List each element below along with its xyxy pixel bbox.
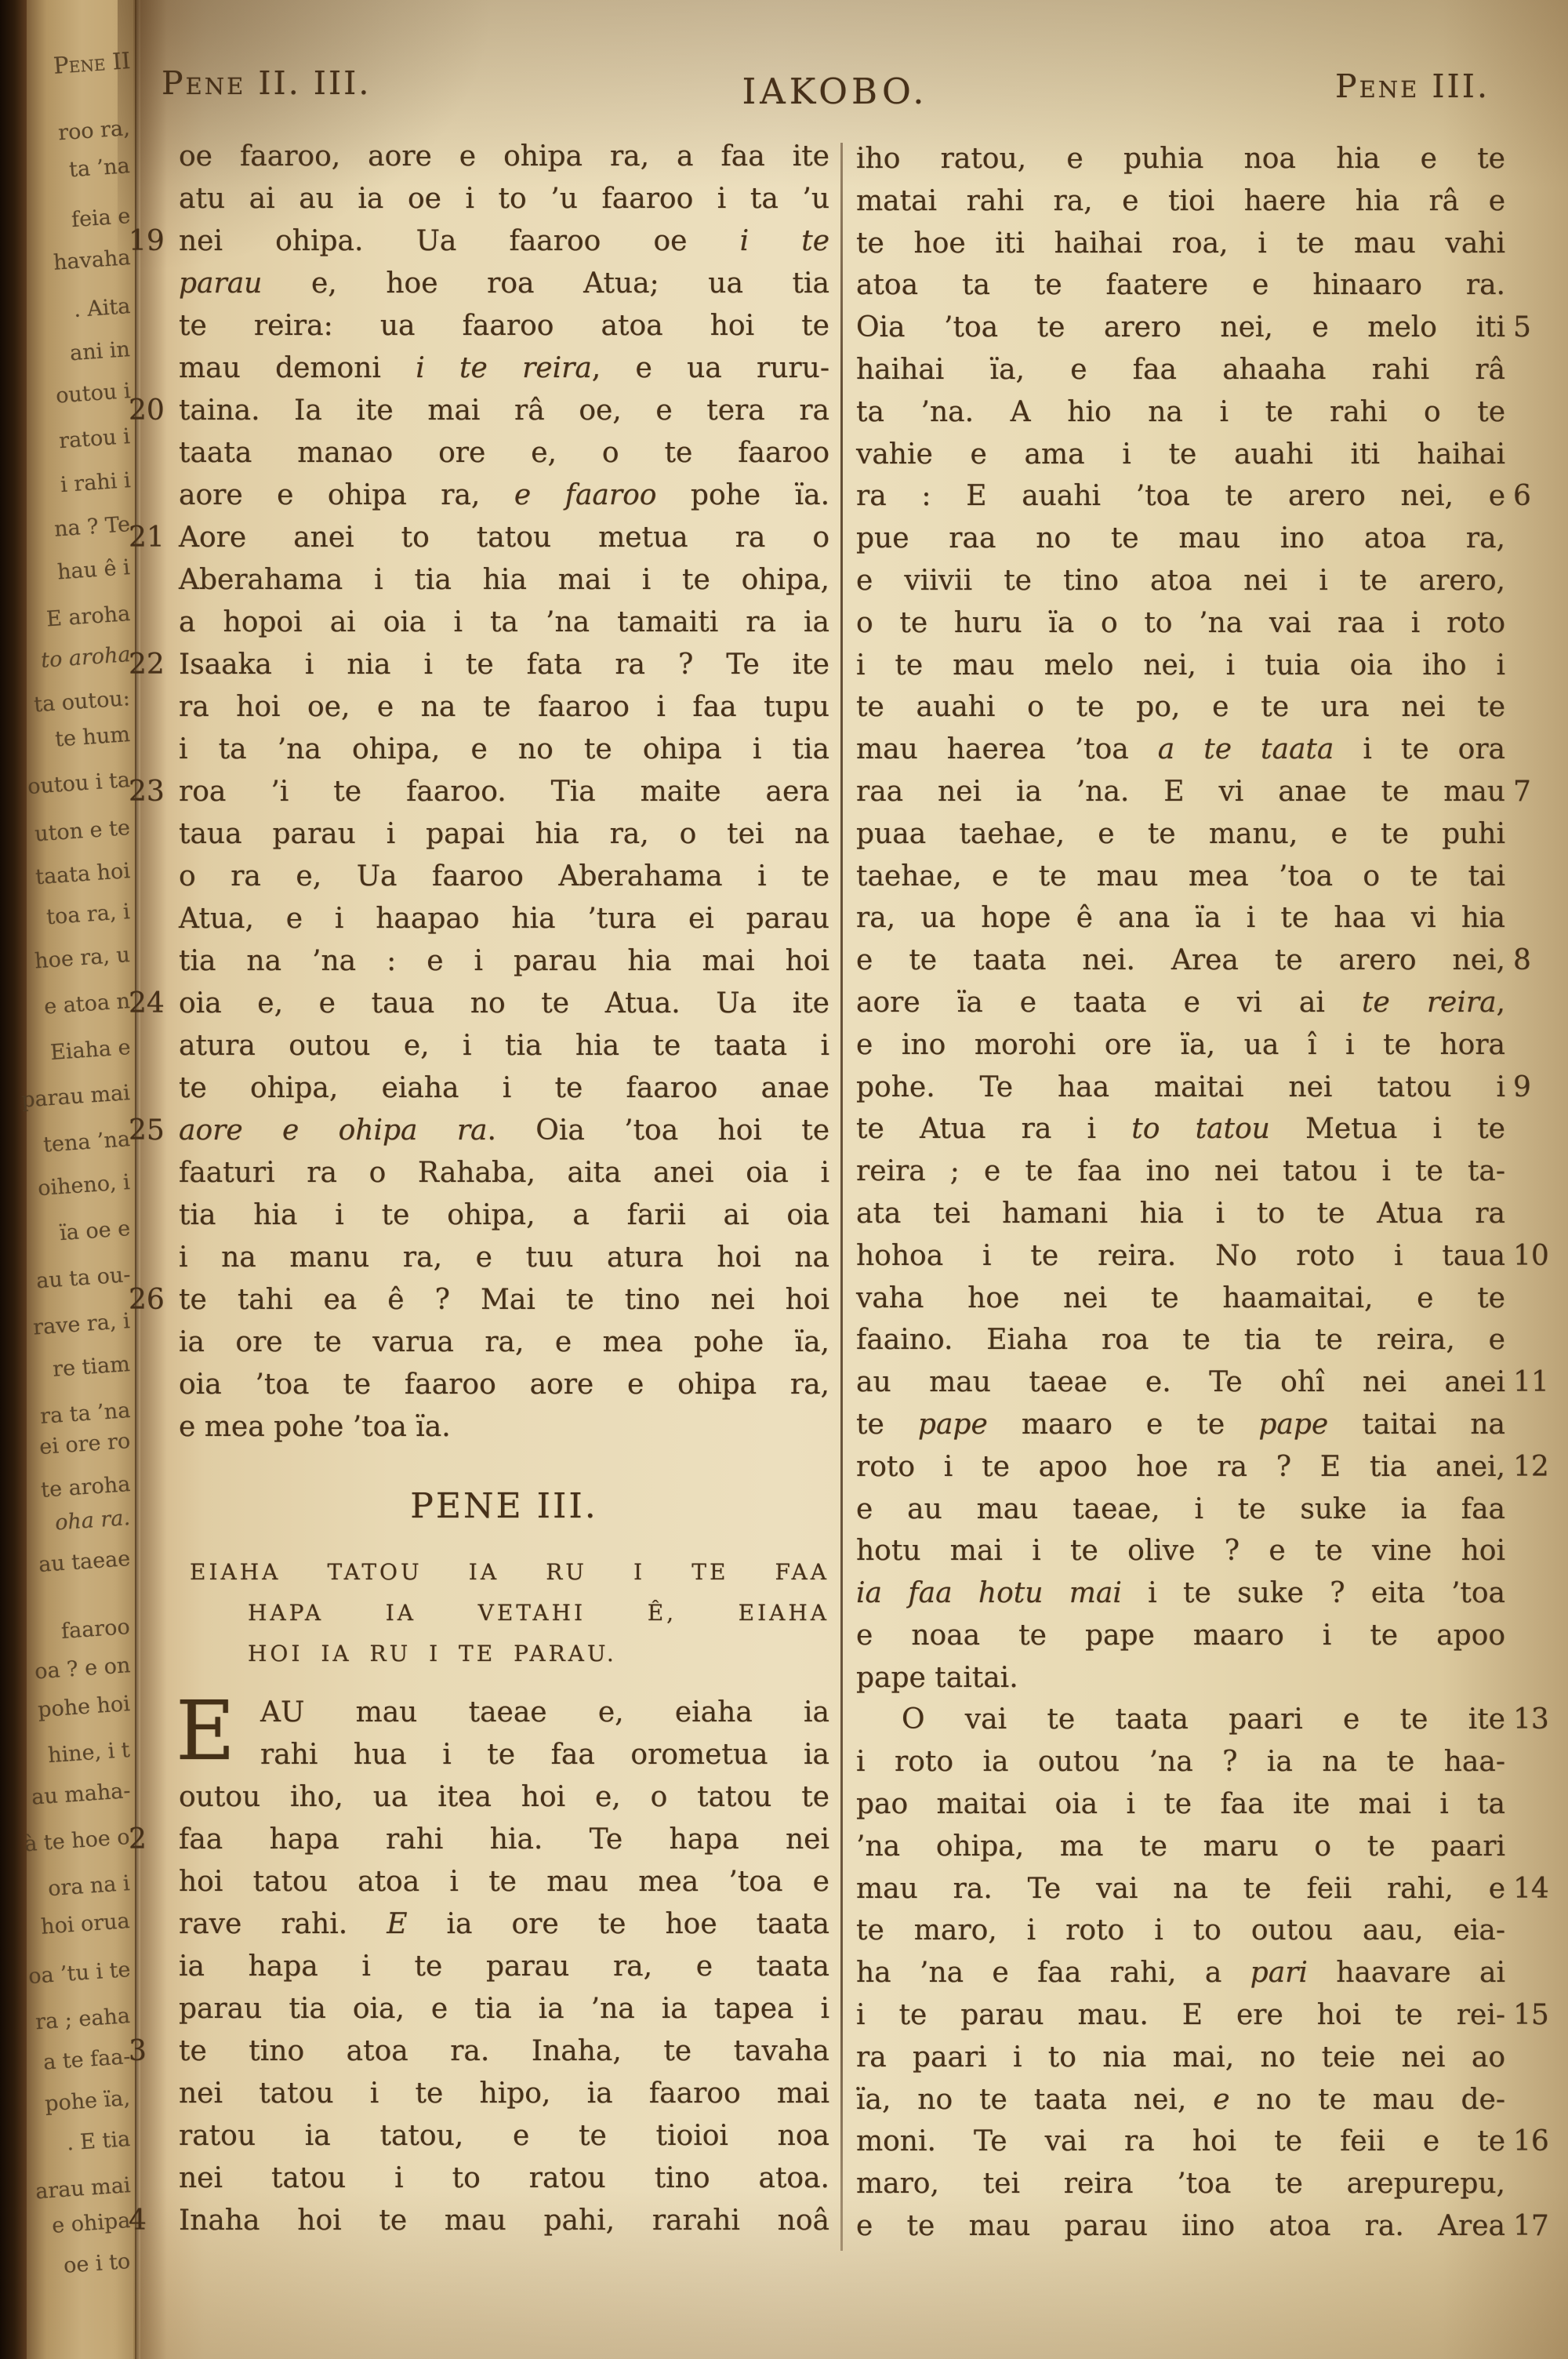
text-line: a hopoi ai oia i ta ’na tamaiti ra ia	[179, 602, 829, 644]
book-photo: Pene IIroo ra,ta ’nafeia ehavaha. Aitaan…	[0, 0, 1568, 2359]
text-line: faaino. Eiaha roa te tia te reira, e	[856, 1319, 1505, 1361]
verse-number: 19	[129, 220, 172, 263]
text-line: ïa, no te taata nei, e no te mau de-	[856, 2079, 1505, 2121]
text-line: ia ore te varua ra, e mea pohe ïa,	[179, 1321, 829, 1364]
text-line: 23roa ’i te faaroo. Tia maite aera	[179, 771, 829, 813]
spine-text-fragment: oa ’tu i te	[27, 1957, 131, 1989]
text-line: rahi hua i te faa orometua ia	[179, 1734, 829, 1776]
spine-text-fragment: à te hoe o	[24, 1825, 131, 1856]
text-line: e viivii te tino atoa nei i te arero,	[856, 560, 1505, 602]
text-line: 5Oia ’toa te arero nei, e melo iti	[856, 307, 1505, 349]
text-line: nei tatou i to ratou tino atoa.	[179, 2157, 829, 2200]
verse-number: 20	[129, 390, 172, 432]
text-line: maro, tei reira ’toa te arepurepu,	[856, 2163, 1505, 2205]
chapter-summary-line: HOI IA RU I TE PARAU.	[179, 1634, 829, 1674]
verse-number: 5	[1513, 307, 1568, 349]
verse-number: 8	[1513, 940, 1568, 982]
spine-text-fragment: hau ê i	[56, 555, 131, 584]
text-line: 21Aore anei to tatou metua ra o	[179, 517, 829, 559]
text-line: 12roto i te apoo hoe ra ? E tia anei,	[856, 1446, 1505, 1488]
spine-text-fragment: ra ; eaha	[34, 2004, 131, 2034]
verse-number: 3	[129, 2030, 172, 2073]
text-line: i roto ia outou ’na ? ia na te haa-	[856, 1741, 1505, 1783]
text-line: e au mau taeae, i te suke ia faa	[856, 1488, 1505, 1531]
spine-text-fragment: faaroo	[61, 1615, 132, 1644]
text-line: tia hia i te ohipa, a farii ai oia	[179, 1194, 829, 1237]
text-line: 25aore e ohipa ra. Oia ’toa hoi te	[179, 1110, 829, 1152]
spine-text-fragment: Eiaha e	[49, 1035, 131, 1065]
text-line: puaa taehae, e te manu, e te puhi	[856, 813, 1505, 856]
text-line: ra paari i to nia mai, no teie nei ao	[856, 2037, 1505, 2079]
spine-text-fragment: ra ta ’na	[39, 1398, 131, 1429]
text-line: parau tia oia, e tia ia ’na ia tapea i	[179, 1988, 829, 2030]
text-line: 4Inaha hoi te mau pahi, rarahi noâ	[179, 2200, 829, 2242]
text-line: atoa ta te faatere e hinaaro ra.	[856, 264, 1505, 307]
text-line: o te huru ïa o to ’na vai raa i roto	[856, 602, 1505, 645]
spine-text-fragment: oe i to	[63, 2249, 131, 2278]
text-line: 7raa nei ia ’na. E vi anae te mau	[856, 771, 1505, 813]
verse-number: 6	[1513, 475, 1568, 518]
text-line: ha ’na e faa rahi, a pari haavare ai	[856, 1952, 1505, 1994]
text-line: oia ’toa te faaroo aore e ohipa ra,	[179, 1364, 829, 1406]
verse-number: 22	[129, 644, 172, 686]
text-line: hoi tatou atoa i te mau mea ’toa e	[179, 1861, 829, 1903]
text-line: o ra e, Ua faaroo Aberahama i te	[179, 856, 829, 898]
spine-text-fragment: au ta ou-	[35, 1263, 131, 1293]
text-line: 11au mau taeae e. Te ohî nei anei	[856, 1361, 1505, 1404]
text-line: ra hoi oe, e na te faaroo i faa tupu	[179, 686, 829, 729]
chapter-heading: PENE III.	[179, 1485, 829, 1528]
chapter-summary: EIAHA TATOU IA RU I TE FAAHAPA IA VETAHI…	[179, 1552, 829, 1674]
right-column-verses: iho ratou, e puhia noa hia e tematai rah…	[856, 138, 1505, 2248]
text-line: te hoe iti haihai roa, i te mau vahi	[856, 223, 1505, 265]
text-line: ta ’na. A hio na i te rahi o te	[856, 391, 1505, 434]
spine-text-fragment: taata hoi	[34, 859, 131, 889]
text-line: te ohipa, eiaha i te faaroo anae	[179, 1067, 829, 1110]
text-line: nei tatou i te hipo, ia faaroo mai	[179, 2073, 829, 2115]
text-line: pao maitai oia i te faa ite mai i ta	[856, 1783, 1505, 1826]
text-line: i te mau melo nei, i tuia oia iho i	[856, 645, 1505, 687]
text-line: 2faa hapa rahi hia. Te hapa nei	[179, 1819, 829, 1861]
spine-text-fragment: parau mai	[21, 1081, 132, 1113]
verse-number: 11	[1513, 1361, 1568, 1404]
spine-text-fragment: arau mai	[34, 2173, 131, 2204]
text-line: ’na ohipa, ma te maru o te paari	[856, 1826, 1505, 1868]
spine-text-fragment: outou i ta	[27, 768, 131, 799]
text-line: taehae, e te mau mea ’toa o te tai	[856, 856, 1505, 898]
text-line: Aberahama i tia hia mai i te ohipa,	[179, 559, 829, 602]
verse-number: 26	[129, 1279, 172, 1321]
spine-text-fragment: ta outou:	[33, 686, 131, 717]
verse-number: 12	[1513, 1446, 1568, 1488]
text-line: i na manu ra, e tuu atura hoi na	[179, 1237, 829, 1279]
text-line: rave rahi. E ia ore te hoe taata	[179, 1903, 829, 1946]
text-line: te reira: ua faaroo atoa hoi te	[179, 305, 829, 347]
verse-number: 21	[129, 517, 172, 559]
text-line: matai rahi ra, e tioi haere hia râ e	[856, 180, 1505, 223]
spine-text-fragment: tena ’na	[42, 1127, 131, 1158]
column-divider-rule	[840, 143, 843, 2251]
verse-number: 25	[129, 1110, 172, 1152]
spine-text-fragment: te aroha	[40, 1472, 131, 1503]
verse-number: 24	[129, 983, 172, 1025]
spine-text-fragment: E aroha	[45, 602, 131, 631]
chapter-summary-line: HAPA IA VETAHI Ê, EIAHA	[179, 1593, 829, 1634]
left-column-verses-b: EAU mau taeae e, eiaha iarahi hua i te f…	[179, 1692, 829, 2242]
verse-number: 2	[129, 1819, 172, 1861]
spine-text-fragment: hoi orua	[41, 1909, 131, 1939]
text-line: iho ratou, e puhia noa hia e te	[856, 138, 1505, 180]
text-line: vahie e ama i te auahi iti haihai	[856, 434, 1505, 476]
spine-text-fragment: au maha-	[31, 1779, 131, 1810]
text-line: outou iho, ua itea hoi e, o tatou te	[179, 1776, 829, 1819]
text-line: tia na ’na : e i parau hia mai hoi	[179, 940, 829, 983]
spine-text-fragment: te hum	[54, 722, 131, 752]
spine-text-fragment: au taeae	[38, 1547, 131, 1577]
text-line: vaha hoe nei te haamaitai, e te	[856, 1278, 1505, 1320]
text-line: e ino morohi ore ïa, ua î i te hora	[856, 1024, 1505, 1067]
text-line: 16moni. Te vai ra hoi te feii e te	[856, 2121, 1505, 2163]
book-gutter	[0, 0, 27, 2359]
text-line: e noaa te pape maaro i te apoo	[856, 1615, 1505, 1657]
text-line: i ta ’na ohipa, e no te ohipa i tia	[179, 729, 829, 771]
text-line: 19nei ohipa. Ua faaroo oe i te	[179, 220, 829, 263]
spine-text-fragment: re tiam	[53, 1352, 132, 1382]
text-line: 8e te taata nei. Area te arero nei,	[856, 940, 1505, 982]
verse-number: 14	[1513, 1868, 1568, 1910]
verse-number: 7	[1513, 771, 1568, 813]
spine-text-fragment: . E tia	[66, 2127, 131, 2156]
text-line: taua parau i papai hia ra, o tei na	[179, 813, 829, 856]
spine-text-fragment: a te faa-	[42, 2045, 131, 2075]
text-line: te Atua ra i to tatou Metua i te	[856, 1108, 1505, 1150]
spine-text-fragment: to aroha	[40, 642, 131, 673]
text-line: 13O vai te taata paari e te ite	[856, 1699, 1505, 1741]
text-line: te maro, i roto i to outou aau, eia-	[856, 1910, 1505, 1952]
text-line: atu ai au ia oe i to ’u faaroo i ta ’u	[179, 178, 829, 220]
spine-text-fragment: toa ra, i	[46, 900, 131, 929]
text-line: 14mau ra. Te vai na te feii rahi, e	[856, 1868, 1505, 1910]
text-line: 24oia e, e taua no te Atua. Ua ite	[179, 983, 829, 1025]
text-line: reira ; e te faa ino nei tatou i te ta-	[856, 1150, 1505, 1193]
chapter-summary-line: EIAHA TATOU IA RU I TE FAA	[179, 1552, 829, 1593]
text-line: hotu mai i te olive ? e te vine hoi	[856, 1530, 1505, 1572]
text-line: 17e te mau parau iino atoa ra. Area	[856, 2205, 1505, 2248]
spine-text-fragment: e atoa n	[43, 989, 131, 1020]
text-line: atura outou e, i tia hia te taata i	[179, 1025, 829, 1067]
verse-number: 16	[1513, 2121, 1568, 2163]
text-line: e mea pohe ’toa ïa.	[179, 1406, 829, 1448]
text-line: EAU mau taeae e, eiaha ia	[179, 1692, 829, 1734]
text-line: ia hapa i te parau ra, e taata	[179, 1946, 829, 1988]
running-head-right: Pene III.	[1270, 67, 1490, 105]
spine-text-fragment: e ohipa	[51, 2208, 131, 2238]
text-line: oe faaroo, aore e ohipa ra, a faa ite	[179, 136, 829, 178]
text-line: parau e, hoe roa Atua; ua tia	[179, 263, 829, 305]
verse-number: 9	[1513, 1067, 1568, 1109]
text-line: pue raa no te mau ino atoa ra,	[856, 518, 1505, 560]
spine-text-fragment: oa ? e on	[34, 1653, 131, 1684]
text-line: 26te tahi ea ê ? Mai te tino nei hoi	[179, 1279, 829, 1321]
right-column: iho ratou, e puhia noa hia e tematai rah…	[856, 138, 1505, 2248]
text-line: faaturi ra o Rahaba, aita anei oia i	[179, 1152, 829, 1194]
text-line: 6ra : E auahi ’toa te arero nei, e	[856, 475, 1505, 518]
spine-text-fragment: oha ra.	[54, 1506, 131, 1536]
text-line: ata tei hamani hia i to te Atua ra	[856, 1193, 1505, 1235]
text-line: ratou ia tatou, e te tioioi noa	[179, 2115, 829, 2157]
verse-number: 4	[129, 2200, 172, 2242]
verse-number: 17	[1513, 2205, 1568, 2248]
text-line: aore e ohipa ra, e faaroo pohe ïa.	[179, 474, 829, 517]
text-line: mau demoni i te reira, e ua ruru-	[179, 347, 829, 390]
verse-number: 15	[1513, 1994, 1568, 2037]
running-head-title: IAKOBO.	[678, 71, 992, 112]
text-line: te auahi o te po, e te ura nei te	[856, 686, 1505, 729]
verse-number: 23	[129, 771, 172, 813]
spine-text-fragment: ora na i	[48, 1871, 131, 1901]
text-line: Atua, e i haapao hia ’tura ei parau	[179, 898, 829, 940]
left-column-verses-a: oe faaroo, aore e ohipa ra, a faa iteatu…	[179, 136, 829, 1448]
spine-text-fragment: uton e te	[34, 816, 131, 846]
spine-text-fragment: ïa oe e	[59, 1216, 131, 1245]
spine-text-fragment: pohe ïa,	[44, 2086, 131, 2117]
spine-text-fragment: rave ra, i	[33, 1309, 131, 1340]
text-line: 10hohoa i te reira. No roto i taua	[856, 1235, 1505, 1278]
text-line: aore ïa e taata e vi ai te reira,	[856, 982, 1505, 1024]
text-line: ra, ua hope ê ana ïa i te haa vi hia	[856, 897, 1505, 940]
spine-text-fragment: hine, i t	[48, 1738, 132, 1768]
text-line: 3te tino atoa ra. Inaha, te tavaha	[179, 2030, 829, 2073]
text-line: te pape maaro e te pape taitai na	[856, 1404, 1505, 1446]
text-line: 22Isaaka i nia i te fata ra ? Te ite	[179, 644, 829, 686]
text-line: ia faa hotu mai i te suke ? eita ’toa	[856, 1572, 1505, 1615]
running-head-left: Pene II. III.	[162, 64, 371, 102]
text-line: 15i te parau mau. E ere hoi te rei-	[856, 1994, 1505, 2037]
text-line: pape taitai.	[856, 1657, 1505, 1699]
text-line: taata manao ore e, o te faaroo	[179, 432, 829, 474]
text-line: 20taina. Ia ite mai râ oe, e tera ra	[179, 390, 829, 432]
verse-number: 10	[1513, 1235, 1568, 1278]
spine-text-fragment: na ? Te	[53, 512, 131, 542]
spine-text-fragment: pohe hoi	[37, 1692, 131, 1722]
verse-number: 13	[1513, 1699, 1568, 1741]
spine-text-fragment: oiheno, i	[38, 1170, 132, 1201]
text-line: mau haerea ’toa a te taata i te ora	[856, 729, 1505, 771]
spine-text-fragment: hoe ra, u	[34, 943, 131, 973]
text-line: 9pohe. Te haa maitai nei tatou i	[856, 1067, 1505, 1109]
left-column: oe faaroo, aore e ohipa ra, a faa iteatu…	[179, 136, 829, 2242]
text-line: haihai ïa, e faa ahaaha rahi râ	[856, 349, 1505, 391]
spine-text-fragment: ei ore ro	[38, 1429, 131, 1459]
